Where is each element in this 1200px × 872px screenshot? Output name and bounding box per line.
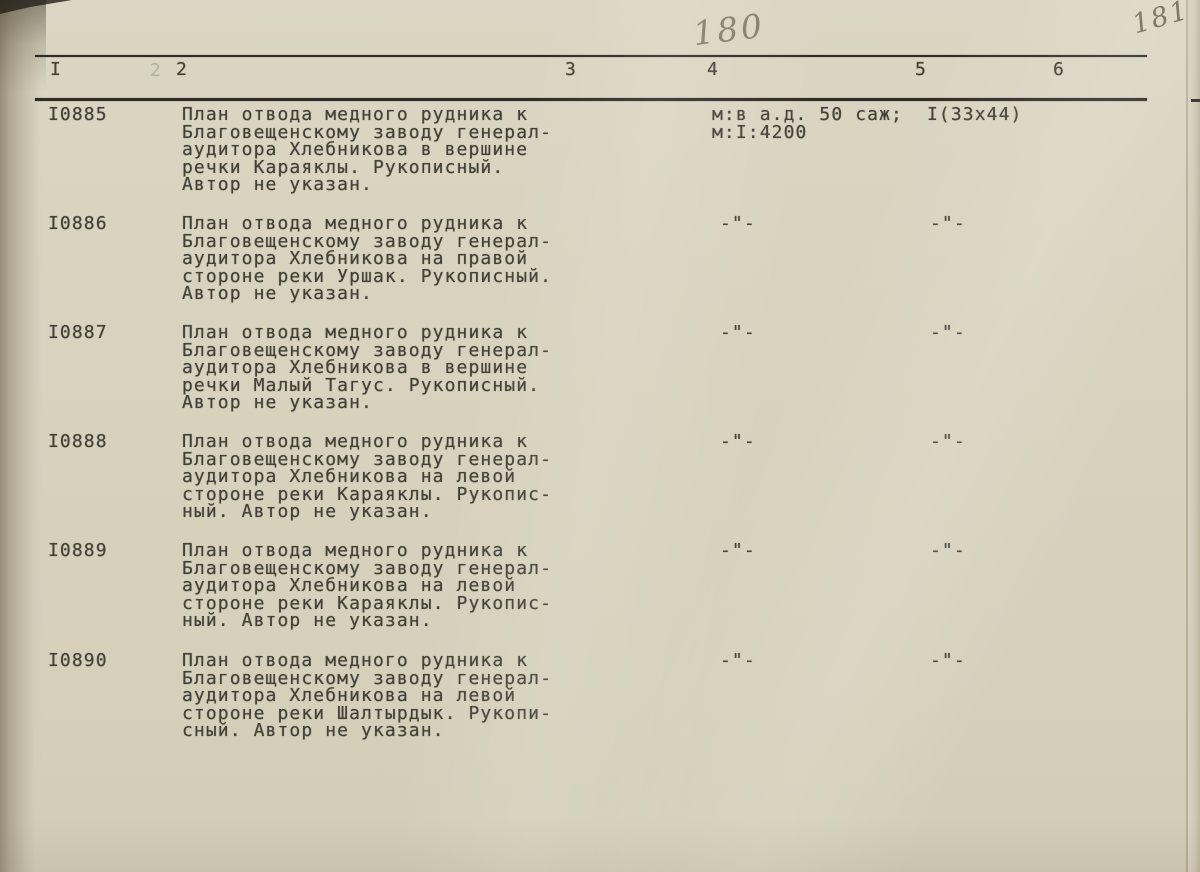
entry-size-ditto: -"- (930, 433, 966, 451)
corner-shadow (0, 0, 46, 92)
entry-scale: м:в а.д. 50 саж; м:I:4200 (712, 106, 903, 141)
entry-number: I0885 (48, 106, 108, 124)
entry-size-ditto: -"- (930, 215, 966, 233)
column-header-5: 5 (915, 61, 927, 79)
table-header-rule-top (35, 55, 1147, 57)
entry-description: План отвода медного рудника к Благовещен… (182, 433, 592, 521)
entry-number: I0889 (48, 542, 108, 560)
entry-number: I0887 (48, 324, 108, 342)
page-right-edge (1188, 0, 1200, 872)
handwritten-page-number-181: 181 (1129, 0, 1193, 40)
page-binding-edge (0, 0, 42, 872)
entry-scale-ditto: -"- (720, 324, 756, 342)
entry-scale-ditto: -"- (720, 215, 756, 233)
entry-description: План отвода медного рудника к Благовещен… (182, 106, 592, 194)
column-header-3: 3 (565, 61, 577, 79)
entry-size: I(33x44) (927, 106, 1023, 124)
column-header-6: 6 (1053, 61, 1065, 79)
entry-size-ditto: -"- (930, 542, 966, 560)
header-ghost-digit: 2 (150, 62, 162, 80)
entry-size-ditto: -"- (930, 652, 966, 670)
column-header-2: 2 (176, 61, 188, 79)
entry-scale-ditto: -"- (720, 433, 756, 451)
entry-number: I0888 (48, 433, 108, 451)
column-header-4: 4 (707, 61, 719, 79)
entry-description: План отвода медного рудника к Благовещен… (182, 324, 592, 412)
paper-sheen (0, 0, 1200, 872)
entry-number: I0886 (48, 215, 108, 233)
entry-number: I0890 (48, 652, 108, 670)
column-header-1: I (50, 61, 62, 79)
table-header-rule-bottom (35, 98, 1147, 101)
entry-description: План отвода медного рудника к Благовещен… (182, 652, 592, 740)
entry-scale-ditto: -"- (720, 652, 756, 670)
handwritten-page-number-180: 180 (691, 6, 767, 53)
entry-description: План отвода медного рудника к Благовещен… (182, 215, 592, 303)
entry-scale-ditto: -"- (720, 542, 756, 560)
entry-size-ditto: -"- (930, 324, 966, 342)
next-page-rule-stub (1191, 99, 1200, 102)
entry-description: План отвода медного рудника к Благовещен… (182, 542, 592, 630)
